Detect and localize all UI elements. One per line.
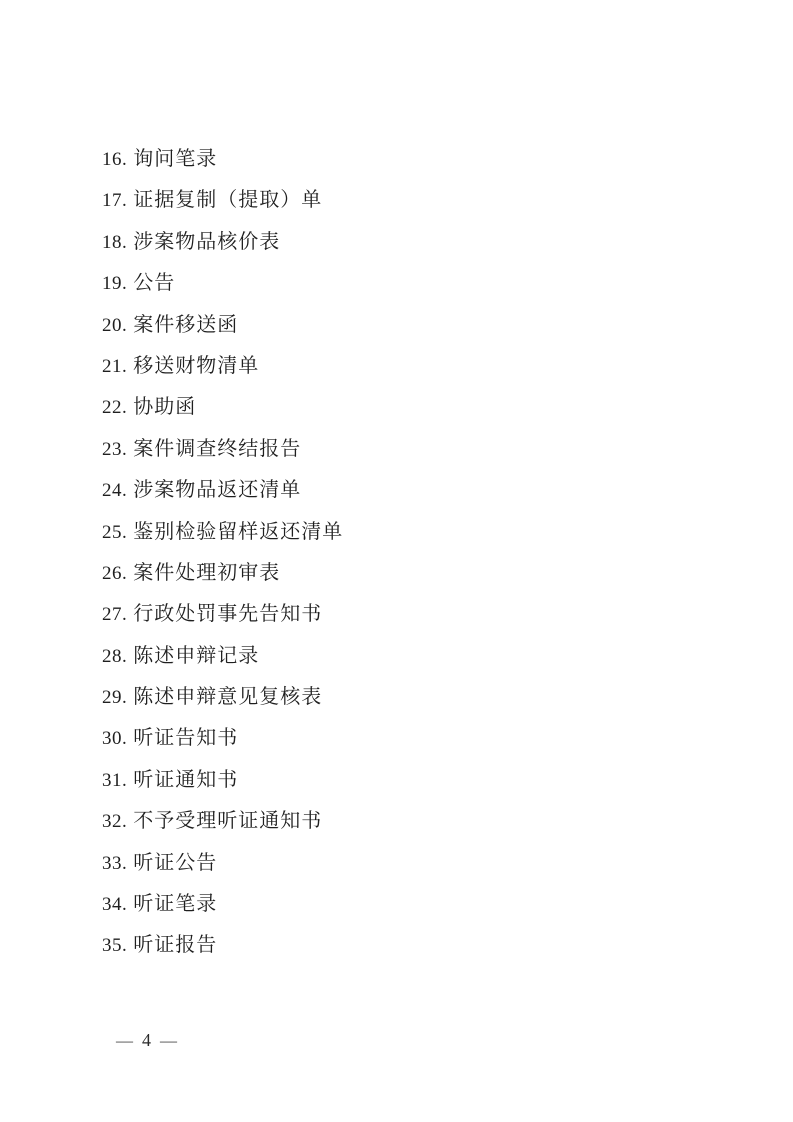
item-number: 31. <box>102 768 127 794</box>
list-item: 28.陈述申辩记录 <box>102 643 343 684</box>
list-item: 32.不予受理听证通知书 <box>102 808 343 849</box>
list-item: 23.案件调查终结报告 <box>102 436 343 477</box>
item-number: 32. <box>102 809 127 835</box>
item-number: 17. <box>102 188 127 214</box>
item-label: 询问笔录 <box>133 148 217 170</box>
item-label: 涉案物品核价表 <box>133 231 280 253</box>
list-item: 18.涉案物品核价表 <box>102 229 343 270</box>
item-label: 案件调查终结报告 <box>133 438 301 460</box>
item-number: 22. <box>102 395 127 421</box>
item-number: 35. <box>102 933 127 959</box>
item-number: 27. <box>102 602 127 628</box>
item-label: 听证公告 <box>133 852 217 874</box>
item-number: 28. <box>102 644 127 670</box>
item-number: 20. <box>102 313 127 339</box>
footer-right-dash: — <box>160 1031 177 1051</box>
list-item: 17.证据复制（提取）单 <box>102 187 343 228</box>
item-number: 19. <box>102 271 127 297</box>
list-item: 26.案件处理初审表 <box>102 560 343 601</box>
item-number: 16. <box>102 147 127 173</box>
page-number: 4 <box>142 1030 151 1051</box>
item-number: 25. <box>102 520 127 546</box>
page-footer: — 4 — <box>116 1030 177 1051</box>
item-label: 案件处理初审表 <box>133 562 280 584</box>
item-label: 陈述申辩意见复核表 <box>133 686 322 708</box>
item-number: 18. <box>102 230 127 256</box>
list-item: 19.公告 <box>102 270 343 311</box>
list-item: 21.移送财物清单 <box>102 353 343 394</box>
item-number: 33. <box>102 851 127 877</box>
list-item: 22.协助函 <box>102 394 343 435</box>
item-label: 听证通知书 <box>133 769 238 791</box>
list-item: 25.鉴别检验留样返还清单 <box>102 519 343 560</box>
item-label: 证据复制（提取）单 <box>133 189 322 211</box>
list-item: 31.听证通知书 <box>102 767 343 808</box>
list-item: 35.听证报告 <box>102 932 343 973</box>
item-label: 鉴别检验留样返还清单 <box>133 521 343 543</box>
item-label: 公告 <box>133 272 175 294</box>
list-item: 30.听证告知书 <box>102 725 343 766</box>
list-item: 24.涉案物品返还清单 <box>102 477 343 518</box>
item-number: 34. <box>102 892 127 918</box>
list-item: 20.案件移送函 <box>102 312 343 353</box>
item-label: 听证报告 <box>133 934 217 956</box>
list-item: 29.陈述申辩意见复核表 <box>102 684 343 725</box>
item-number: 24. <box>102 478 127 504</box>
item-number: 23. <box>102 437 127 463</box>
item-label: 协助函 <box>133 396 196 418</box>
item-label: 案件移送函 <box>133 314 238 336</box>
item-number: 30. <box>102 726 127 752</box>
item-label: 行政处罚事先告知书 <box>133 603 322 625</box>
item-label: 听证告知书 <box>133 727 238 749</box>
document-page: 16.询问笔录17.证据复制（提取）单18.涉案物品核价表19.公告20.案件移… <box>0 0 793 1122</box>
item-label: 移送财物清单 <box>133 355 259 377</box>
item-label: 听证笔录 <box>133 893 217 915</box>
list-item: 34.听证笔录 <box>102 891 343 932</box>
list-item: 33.听证公告 <box>102 850 343 891</box>
list-item: 16.询问笔录 <box>102 146 343 187</box>
list-item: 27.行政处罚事先告知书 <box>102 601 343 642</box>
item-number: 26. <box>102 561 127 587</box>
item-number: 21. <box>102 354 127 380</box>
item-label: 陈述申辩记录 <box>133 645 259 667</box>
item-label: 不予受理听证通知书 <box>133 810 322 832</box>
document-item-list: 16.询问笔录17.证据复制（提取）单18.涉案物品核价表19.公告20.案件移… <box>102 146 343 974</box>
item-number: 29. <box>102 685 127 711</box>
footer-left-dash: — <box>116 1031 133 1051</box>
item-label: 涉案物品返还清单 <box>133 479 301 501</box>
